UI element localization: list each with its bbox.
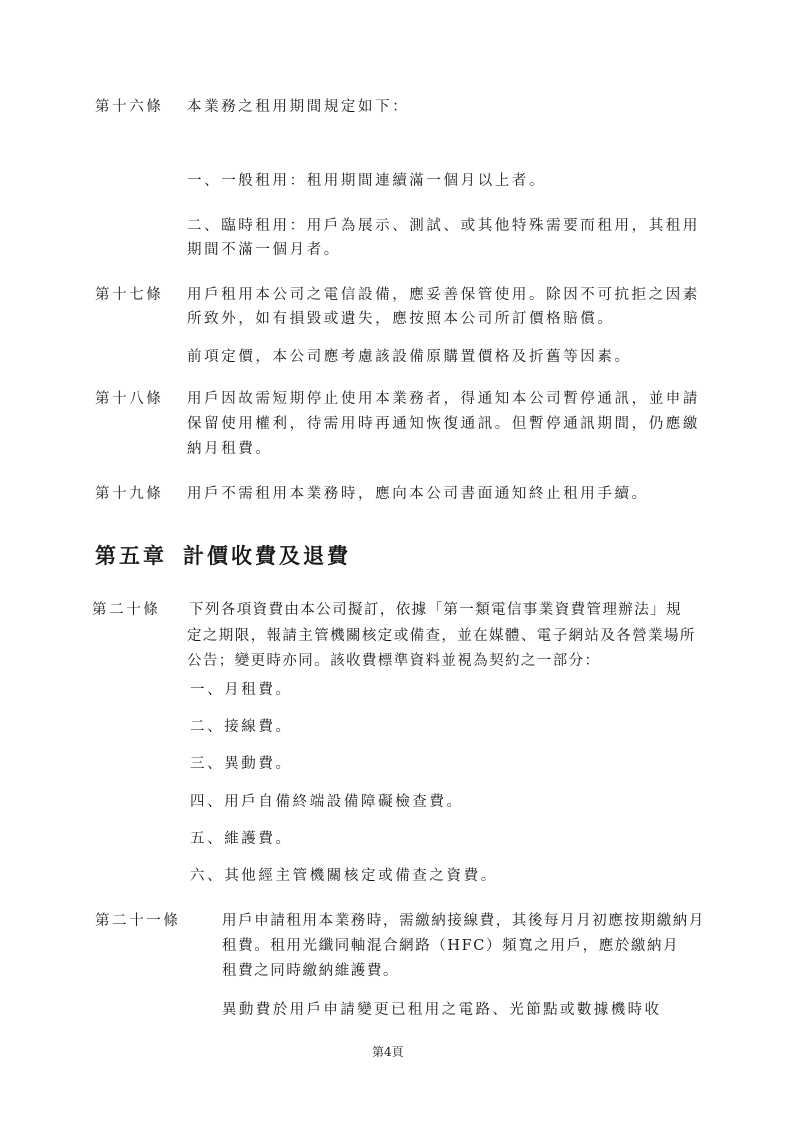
article-16-item-2-line-1: 二、臨時租用：用戶為展示、測試、或其他特殊需要而租用，其租用 — [187, 216, 700, 236]
article-20-item-5: 五、維護費。 — [190, 829, 293, 849]
article-16-item-1: 一、一般租用：租用期間連續滿一個月以上者。 — [187, 171, 546, 191]
article-20-item-1: 一、月租費。 — [190, 680, 293, 700]
article-18-line-1: 用戶因故需短期停止使用本業務者，得通知本公司暫停通訊，並申請 — [187, 389, 700, 409]
article-21-para-2: 異動費於用戶申請變更已租用之電路、光節點或數據機時收 — [222, 1000, 661, 1020]
article-20-line-1: 下列各項資費由本公司擬訂，依據「第一類電信事業資費管理辦法」規 — [189, 600, 682, 620]
page-number: 第4頁 — [372, 1043, 404, 1060]
article-18-label: 第十八條 — [95, 389, 163, 409]
article-19-line-1: 用戶不需租用本業務時，應向本公司書面通知終止租用手續。 — [187, 484, 649, 504]
article-20-item-4: 四、用戶自備終端設備障礙檢查費。 — [190, 792, 464, 812]
article-18-line-2: 保留使用權利，待需用時再通知恢復通訊。但暫停通訊期間，仍應繳 — [187, 414, 700, 434]
article-16-label: 第十六條 — [95, 97, 163, 117]
article-16-item-2-line-2: 期間不滿一個月者。 — [187, 240, 341, 260]
article-21-label: 第二十一條 — [95, 911, 181, 931]
article-20-label: 第二十條 — [92, 600, 160, 620]
article-20-line-2: 定之期限，報請主管機關核定或備查，並在媒體、電子網站及各營業場所 — [187, 626, 696, 646]
article-17-para-2: 前項定價，本公司應考慮該設備原購置價格及折舊等因素。 — [187, 347, 632, 367]
article-20-item-2: 二、接線費。 — [190, 717, 293, 737]
article-21-line-3: 租費之同時繳納維護費。 — [222, 961, 399, 981]
article-20-item-6: 六、其他經主管機關核定或備查之資費。 — [190, 866, 498, 886]
article-16-text: 本業務之租用期間規定如下： — [187, 97, 409, 117]
article-17-line-1: 用戶租用本公司之電信設備，應妥善保管使用。除因不可抗拒之因素 — [187, 285, 700, 305]
article-20-line-3: 公告；變更時亦同。該收費標準資料並視為契約之一部分： — [187, 651, 600, 671]
article-21-line-2: 租費。租用光纖同軸混合網路（HFC）頻寬之用戶，應於繳納月 — [222, 936, 679, 956]
article-19-label: 第十九條 — [95, 484, 163, 504]
article-17-line-2: 所致外，如有損毀或遺失，應按照本公司所訂價格賠償。 — [187, 309, 615, 329]
chapter-title: 計價收費及退費 — [183, 542, 351, 570]
article-17-label: 第十七條 — [95, 285, 163, 305]
article-18-line-3: 納月租費。 — [187, 439, 273, 459]
chapter-number: 第五章 — [95, 542, 167, 570]
article-20-item-3: 三、異動費。 — [190, 754, 293, 774]
article-21-line-1: 用戶申請租用本業務時，需繳納接線費，其後每月月初應按期繳納月 — [222, 911, 705, 931]
